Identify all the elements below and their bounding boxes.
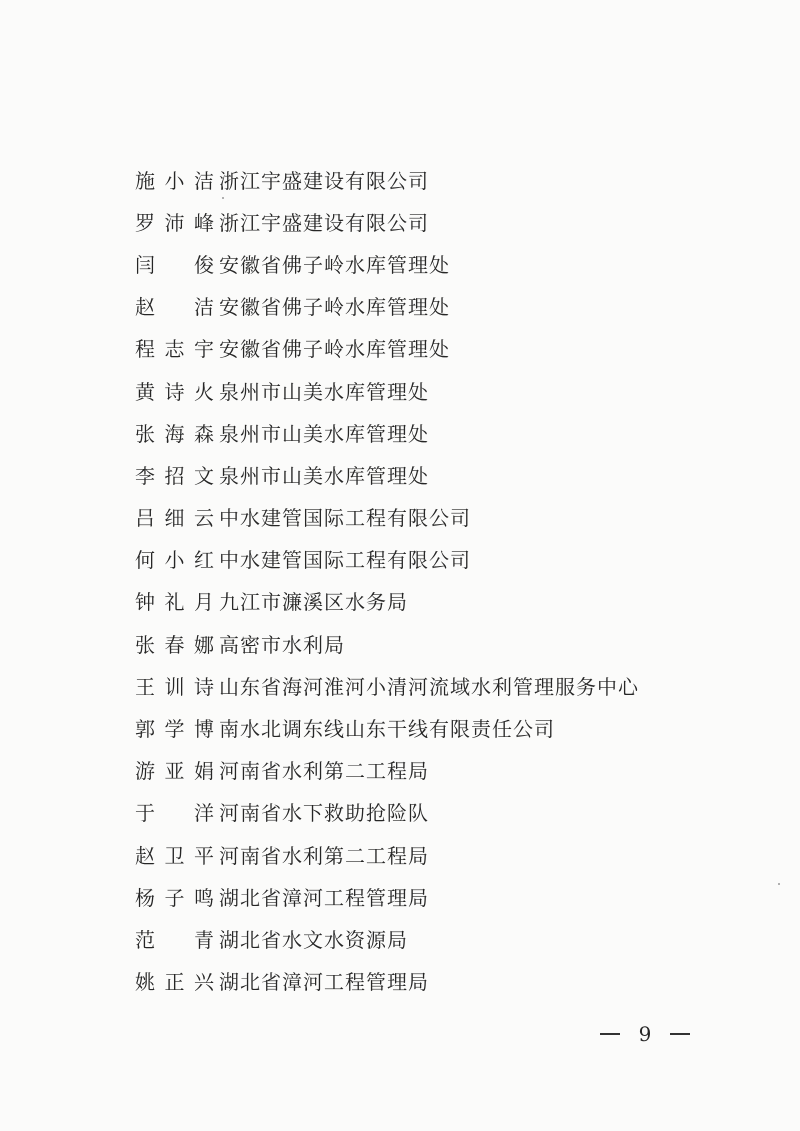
- name-char: 诗: [194, 671, 215, 700]
- name-char: 郭: [135, 713, 156, 742]
- name-char: 诗: [165, 376, 186, 405]
- name-char: 火: [194, 376, 215, 405]
- page-number-footer: 9: [600, 1022, 690, 1046]
- name-char: 张: [135, 629, 156, 658]
- dash-left: [600, 1033, 620, 1035]
- organization: 安徽省佛子岭水库管理处: [219, 249, 450, 278]
- name-char: 张: [135, 418, 156, 447]
- name-char: 森: [194, 418, 215, 447]
- organization: 河南省水利第二工程局: [219, 755, 429, 784]
- person-name: 张春娜: [135, 629, 215, 658]
- organization: 山东省海河淮河小清河流域水利管理服务中心: [219, 671, 639, 700]
- name-char: 小: [165, 165, 186, 194]
- list-item: 郭学博南水北调东线山东干线有限责任公司: [135, 706, 639, 748]
- organization: 中水建管国际工程有限公司: [219, 502, 471, 531]
- person-name: 张海森: [135, 418, 215, 447]
- person-name: 于洋: [135, 797, 215, 826]
- dash-right: [670, 1033, 690, 1035]
- list-item: 黄诗火泉州市山美水库管理处: [135, 369, 639, 411]
- name-char: 娜: [194, 629, 215, 658]
- scan-speck: [778, 883, 780, 885]
- name-char: 沛: [165, 207, 186, 236]
- name-char: 俊: [194, 249, 215, 278]
- organization: 河南省水利第二工程局: [219, 840, 429, 869]
- list-item: 何小红中水建管国际工程有限公司: [135, 538, 639, 580]
- person-name: 范青: [135, 924, 215, 953]
- organization: 泉州市山美水库管理处: [219, 418, 429, 447]
- person-name: 游亚娟: [135, 755, 215, 784]
- name-char: 游: [135, 755, 156, 784]
- organization: 安徽省佛子岭水库管理处: [219, 291, 450, 320]
- organization: 湖北省漳河工程管理局: [219, 882, 429, 911]
- list-item: 吕细云中水建管国际工程有限公司: [135, 496, 639, 538]
- name-char: 鸣: [194, 882, 215, 911]
- name-char: 钟: [135, 586, 156, 615]
- name-char: 范: [135, 924, 156, 953]
- list-item: 游亚娟河南省水利第二工程局: [135, 749, 639, 791]
- organization: 湖北省水文水资源局: [219, 924, 408, 953]
- name-char: 海: [165, 418, 186, 447]
- name-char: 洋: [194, 797, 215, 826]
- name-char: 细: [165, 502, 186, 531]
- list-item: 施小洁浙江宇盛建设有限公司: [135, 158, 639, 200]
- name-char: 赵: [135, 291, 156, 320]
- person-name: 杨子鸣: [135, 882, 215, 911]
- person-name: 施小洁: [135, 165, 215, 194]
- name-char: 宇: [194, 333, 215, 362]
- name-char: 小: [165, 544, 186, 573]
- list-item: 范青湖北省水文水资源局: [135, 917, 639, 959]
- person-name: 郭学博: [135, 713, 215, 742]
- name-char: 学: [165, 713, 186, 742]
- list-item: 李招文泉州市山美水库管理处: [135, 453, 639, 495]
- name-char: 红: [194, 544, 215, 573]
- name-char: 娟: [194, 755, 215, 784]
- name-char: 杨: [135, 882, 156, 911]
- list-item: 钟礼月九江市濂溪区水务局: [135, 580, 639, 622]
- name-char: 王: [135, 671, 156, 700]
- list-item: 赵洁安徽省佛子岭水库管理处: [135, 285, 639, 327]
- person-name: 赵卫平: [135, 840, 215, 869]
- name-char: 礼: [165, 586, 186, 615]
- name-char: 于: [135, 797, 156, 826]
- name-char: 正: [165, 966, 186, 995]
- name-char: 云: [194, 502, 215, 531]
- name-char: 闫: [135, 249, 156, 278]
- scan-speck: [222, 197, 224, 199]
- page-number: 9: [639, 1022, 652, 1046]
- organization: 河南省水下救助抢险队: [219, 797, 429, 826]
- name-list: 施小洁浙江宇盛建设有限公司罗沛峰浙江宇盛建设有限公司闫俊安徽省佛子岭水库管理处赵…: [135, 158, 639, 1002]
- person-name: 王训诗: [135, 671, 215, 700]
- name-char: 博: [194, 713, 215, 742]
- name-char: 月: [194, 586, 215, 615]
- name-char: 罗: [135, 207, 156, 236]
- organization: 南水北调东线山东干线有限责任公司: [219, 713, 555, 742]
- person-name: 李招文: [135, 460, 215, 489]
- list-item: 王训诗山东省海河淮河小清河流域水利管理服务中心: [135, 664, 639, 706]
- organization: 安徽省佛子岭水库管理处: [219, 333, 450, 362]
- name-char: 平: [194, 840, 215, 869]
- list-item: 于洋河南省水下救助抢险队: [135, 791, 639, 833]
- name-char: 亚: [165, 755, 186, 784]
- person-name: 姚正兴: [135, 966, 215, 995]
- person-name: 赵洁: [135, 291, 215, 320]
- name-char: 洁: [194, 165, 215, 194]
- name-char: 子: [165, 882, 186, 911]
- list-item: 闫俊安徽省佛子岭水库管理处: [135, 242, 639, 284]
- list-item: 姚正兴湖北省漳河工程管理局: [135, 960, 639, 1002]
- name-char: 志: [165, 333, 186, 362]
- person-name: 吕细云: [135, 502, 215, 531]
- organization: 泉州市山美水库管理处: [219, 460, 429, 489]
- name-char: 青: [194, 924, 215, 953]
- name-char: 训: [165, 671, 186, 700]
- name-char: 程: [135, 333, 156, 362]
- person-name: 钟礼月: [135, 586, 215, 615]
- organization: 九江市濂溪区水务局: [219, 586, 408, 615]
- name-char: 赵: [135, 840, 156, 869]
- organization: 浙江宇盛建设有限公司: [219, 165, 429, 194]
- person-name: 闫俊: [135, 249, 215, 278]
- person-name: 罗沛峰: [135, 207, 215, 236]
- name-char: 卫: [165, 840, 186, 869]
- name-char: 春: [165, 629, 186, 658]
- name-char: 招: [165, 460, 186, 489]
- name-char: 文: [194, 460, 215, 489]
- name-char: 李: [135, 460, 156, 489]
- organization: 浙江宇盛建设有限公司: [219, 207, 429, 236]
- name-char: 黄: [135, 376, 156, 405]
- person-name: 黄诗火: [135, 376, 215, 405]
- list-item: 赵卫平河南省水利第二工程局: [135, 833, 639, 875]
- person-name: 程志宇: [135, 333, 215, 362]
- name-char: 洁: [194, 291, 215, 320]
- name-char: 姚: [135, 966, 156, 995]
- list-item: 程志宇安徽省佛子岭水库管理处: [135, 327, 639, 369]
- organization: 泉州市山美水库管理处: [219, 376, 429, 405]
- list-item: 张海森泉州市山美水库管理处: [135, 411, 639, 453]
- list-item: 罗沛峰浙江宇盛建设有限公司: [135, 200, 639, 242]
- name-char: 兴: [194, 966, 215, 995]
- name-char: 何: [135, 544, 156, 573]
- list-item: 张春娜高密市水利局: [135, 622, 639, 664]
- organization: 湖北省漳河工程管理局: [219, 966, 429, 995]
- organization: 高密市水利局: [219, 629, 345, 658]
- name-char: 施: [135, 165, 156, 194]
- name-char: 峰: [194, 207, 215, 236]
- person-name: 何小红: [135, 544, 215, 573]
- name-char: 吕: [135, 502, 156, 531]
- organization: 中水建管国际工程有限公司: [219, 544, 471, 573]
- list-item: 杨子鸣湖北省漳河工程管理局: [135, 875, 639, 917]
